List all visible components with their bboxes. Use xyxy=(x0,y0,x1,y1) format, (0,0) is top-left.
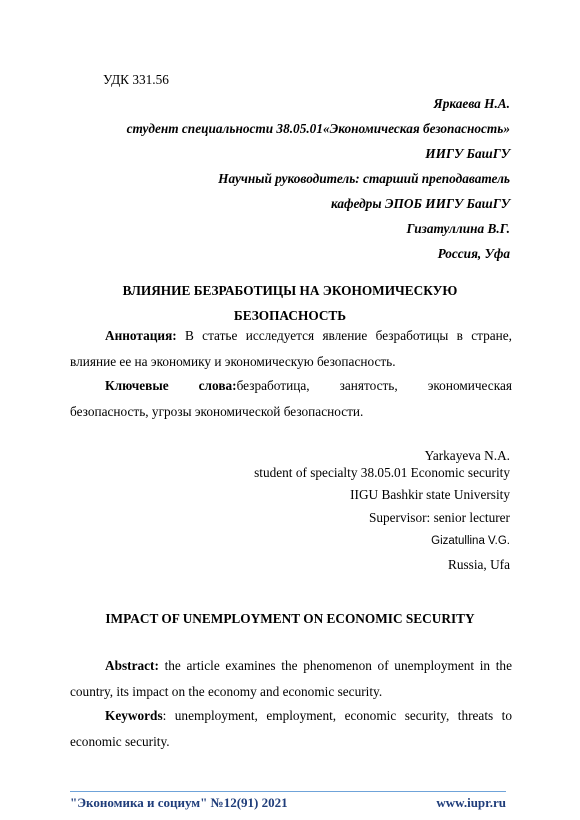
udk-code: УДК 331.56 xyxy=(103,72,169,88)
en-keywords-label: Keywords xyxy=(105,708,163,723)
ru-title-line-1: ВЛИЯНИЕ БЕЗРАБОТИЦЫ НА ЭКОНОМИЧЕСКУЮ xyxy=(70,283,510,299)
ru-keywords-label: Ключевые xyxy=(105,378,169,393)
footer-divider xyxy=(70,791,506,792)
en-author-specialty: student of specialty 38.05.01 Economic s… xyxy=(254,465,510,481)
ru-keyword-3: экономическая xyxy=(428,373,512,399)
ru-location: Россия, Уфа xyxy=(438,246,510,262)
ru-title-line-2: БЕЗОПАСНОСТЬ xyxy=(70,308,510,324)
ru-keyword-2: занятость, xyxy=(340,373,398,399)
en-location: Russia, Ufa xyxy=(448,557,510,573)
footer-url[interactable]: www.iupr.ru xyxy=(436,795,506,811)
ru-supervisor-department: кафедры ЭПОБ ИИГУ БашГУ xyxy=(331,196,510,212)
ru-keywords-rest: безопасность, угрозы экономической безоп… xyxy=(70,399,512,425)
ru-author-name: Яркаева Н.А. xyxy=(434,96,510,112)
ru-abstract: Аннотация: В статье исследуется явление … xyxy=(70,323,512,375)
ru-keywords-label-2: слова: xyxy=(199,378,237,393)
ru-author-specialty: студент специальности 38.05.01«Экономиче… xyxy=(127,121,510,137)
en-keywords: Keywords: unemployment, employment, econ… xyxy=(70,703,512,755)
en-abstract-label: Abstract: xyxy=(105,658,159,673)
ru-author-university: ИИГУ БашГУ xyxy=(425,146,510,162)
en-supervisor-name: Gizatullina V.G. xyxy=(431,533,510,549)
ru-keyword-1: безработица, xyxy=(237,378,310,393)
ru-supervisor-title: Научный руководитель: старший преподават… xyxy=(218,171,510,187)
en-abstract: Abstract: the article examines the pheno… xyxy=(70,653,512,705)
en-author-name: Yarkayeva N.A. xyxy=(425,448,510,464)
document-page: УДК 331.56 Яркаева Н.А. студент специаль… xyxy=(0,0,580,820)
ru-keywords: Ключевые слова:безработица, занятость, э… xyxy=(70,373,512,425)
en-author-university: IIGU Bashkir state University xyxy=(350,487,510,503)
footer-journal: "Экономика и социум" №12(91) 2021 xyxy=(70,795,288,811)
en-title: IMPACT OF UNEMPLOYMENT ON ECONOMIC SECUR… xyxy=(70,611,510,627)
ru-abstract-label: Аннотация: xyxy=(105,328,177,343)
ru-supervisor-name: Гизатуллина В.Г. xyxy=(406,221,510,237)
en-supervisor-title: Supervisor: senior lecturer xyxy=(369,510,510,526)
